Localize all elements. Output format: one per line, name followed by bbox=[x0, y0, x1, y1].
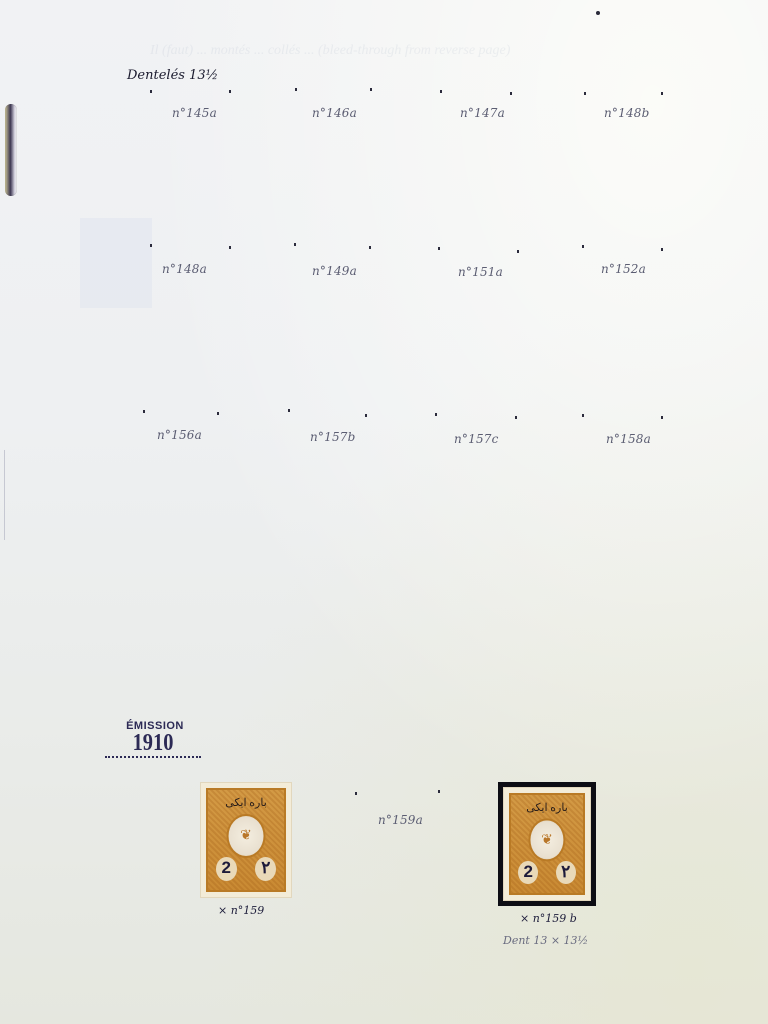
bleed-through-text: Il (faut) ... montés ... collés ... (ble… bbox=[150, 40, 690, 61]
slot-corner-mark bbox=[435, 413, 437, 416]
slot-corner-mark bbox=[229, 90, 231, 93]
slot-label: n°158a bbox=[606, 432, 651, 446]
slot-corner-mark bbox=[438, 247, 440, 250]
stamp-value-latin: 2 bbox=[216, 857, 237, 881]
bleed-through-block bbox=[80, 218, 152, 308]
slot-label: n°148b bbox=[604, 106, 650, 120]
stamp-caption: × n°159 bbox=[218, 904, 264, 917]
slot-label: n°157b bbox=[310, 430, 356, 444]
stamp-overprint-text: ﺑﺎﺭﻩ ﺍﻳﻜﻰ bbox=[214, 796, 278, 809]
stamp-159b: ﺑﺎﺭﻩ ﺍﻳﻜﻰ ❦ 2 ٢ bbox=[504, 788, 590, 900]
slot-corner-mark bbox=[370, 88, 372, 91]
perforation-note: Dent 13 × 13½ bbox=[503, 934, 588, 947]
stamp-design: ﺑﺎﺭﻩ ﺍﻳﻜﻰ ❦ 2 ٢ bbox=[509, 793, 585, 895]
emission-year: 1910 bbox=[111, 732, 196, 754]
stamp-medallion: ❦ bbox=[528, 818, 565, 861]
emission-heading: ÉMISSION 1910 bbox=[103, 720, 203, 758]
slot-corner-mark bbox=[295, 88, 297, 91]
slot-label: n°159a bbox=[378, 813, 423, 827]
slot-corner-mark bbox=[438, 790, 440, 793]
slot-corner-mark bbox=[510, 92, 512, 95]
slot-corner-mark bbox=[582, 245, 584, 248]
slot-corner-mark bbox=[582, 414, 584, 417]
slot-label: n°151a bbox=[458, 265, 503, 279]
slot-corner-mark bbox=[661, 92, 663, 95]
slot-corner-mark bbox=[355, 792, 357, 795]
slot-label: n°157c bbox=[454, 432, 499, 446]
slot-corner-mark bbox=[143, 410, 145, 413]
stamp-value-latin: 2 bbox=[518, 861, 538, 885]
tughra-icon: ❦ bbox=[240, 828, 252, 845]
slot-label: n°149a bbox=[312, 264, 357, 278]
ink-speck bbox=[596, 11, 600, 15]
stamp-caption: × n°159 b bbox=[520, 912, 577, 925]
slot-corner-mark bbox=[584, 92, 586, 95]
slot-corner-mark bbox=[440, 90, 442, 93]
slot-corner-mark bbox=[661, 248, 663, 251]
slot-corner-mark bbox=[515, 416, 517, 419]
album-page: Il (faut) ... montés ... collés ... (ble… bbox=[0, 0, 768, 1024]
slot-corner-mark bbox=[217, 412, 219, 415]
slot-label: n°152a bbox=[601, 262, 646, 276]
slot-label: n°156a bbox=[157, 428, 202, 442]
stamp-medallion: ❦ bbox=[227, 814, 266, 858]
perforation-heading: Dentelés 13½ bbox=[127, 68, 218, 83]
stamp-value-arabic: ٢ bbox=[556, 861, 576, 885]
slot-corner-mark bbox=[365, 414, 367, 417]
slot-corner-mark bbox=[150, 90, 152, 93]
stamp-design: ﺑﺎﺭﻩ ﺍﻳﻜﻰ ❦ 2 ٢ bbox=[206, 788, 286, 892]
slot-corner-mark bbox=[294, 243, 296, 246]
slot-corner-mark bbox=[661, 416, 663, 419]
stamp-159: ﺑﺎﺭﻩ ﺍﻳﻜﻰ ❦ 2 ٢ bbox=[201, 783, 291, 897]
slot-corner-mark bbox=[150, 244, 152, 247]
slot-label: n°147a bbox=[460, 106, 505, 120]
slot-label: n°145a bbox=[172, 106, 217, 120]
stamp-overprint-text: ﺑﺎﺭﻩ ﺍﻳﻜﻰ bbox=[517, 801, 578, 814]
binder-hole bbox=[5, 104, 17, 196]
slot-label: n°146a bbox=[312, 106, 357, 120]
slot-corner-mark bbox=[229, 246, 231, 249]
slot-corner-mark bbox=[288, 409, 290, 412]
slot-label: n°148a bbox=[162, 262, 207, 276]
stamp-value-arabic: ٢ bbox=[255, 857, 276, 881]
slot-corner-mark bbox=[369, 246, 371, 249]
binder-edge bbox=[0, 450, 5, 540]
slot-corner-mark bbox=[517, 250, 519, 253]
dotted-rule bbox=[105, 756, 201, 758]
tughra-icon: ❦ bbox=[541, 832, 553, 849]
